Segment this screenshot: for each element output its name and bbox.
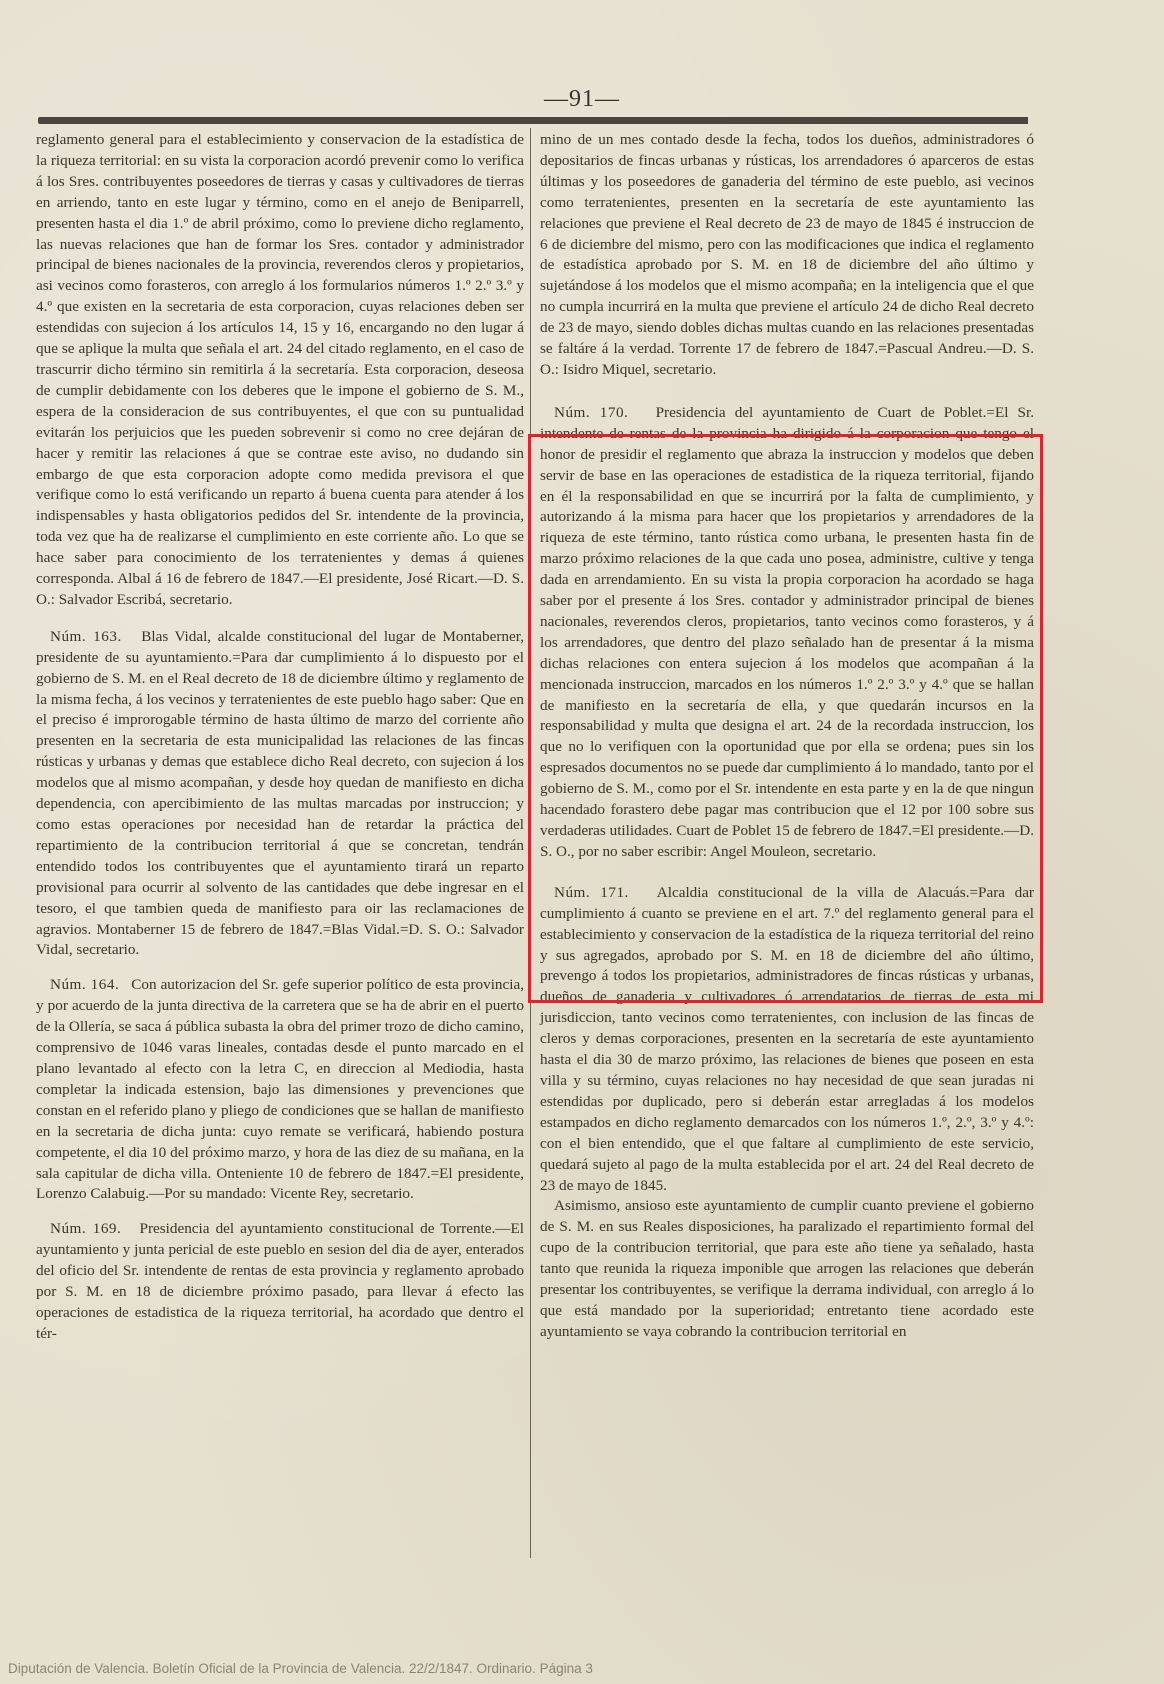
notice-number: Núm. 164. [50, 976, 119, 993]
notice-number: Núm. 171. [554, 884, 629, 901]
notice-text: Blas Vidal, alcalde constitucional del l… [36, 628, 524, 959]
notice-text: Presidencia del ayuntamiento de Cuart de… [540, 404, 1034, 860]
column-divider [530, 128, 531, 1558]
header-rule [38, 117, 1028, 124]
notice-171: Núm. 171. Alcaldia constitucional de la … [540, 883, 1034, 1197]
notice-170: Núm. 170. Presidencia del ayuntamiento d… [540, 403, 1034, 863]
page-number: —91— [0, 86, 1164, 113]
notice-164: Núm. 164. Con autorizacion del Sr. gefe … [36, 975, 524, 1205]
right-column: mino de un mes contado desde la fecha, t… [540, 130, 1034, 1343]
left-column: reglamento general para el establecimien… [36, 130, 524, 1345]
notice-text: Presidencia del ayuntamiento constitucio… [36, 1220, 524, 1342]
notice-number: Núm. 170. [554, 404, 628, 421]
notice-text: Con autorizacion del Sr. gefe superior p… [36, 976, 524, 1202]
notice-number: Núm. 169. [50, 1220, 121, 1237]
left-continuation-text: reglamento general para el establecimien… [36, 130, 524, 611]
right-continuation-text: mino de un mes contado desde la fecha, t… [540, 130, 1034, 381]
footer-credit: Diputación de Valencia. Boletín Oficial … [8, 1661, 593, 1676]
notice-text: Alcaldia constitucional de la villa de A… [540, 884, 1034, 1194]
notice-163: Núm. 163. Blas Vidal, alcalde constituci… [36, 627, 524, 962]
notice-171-second-paragraph: Asimismo, ansioso este ayuntamiento de c… [540, 1196, 1034, 1342]
notice-169: Núm. 169. Presidencia del ayuntamiento c… [36, 1219, 524, 1344]
notice-number: Núm. 163. [50, 628, 122, 645]
